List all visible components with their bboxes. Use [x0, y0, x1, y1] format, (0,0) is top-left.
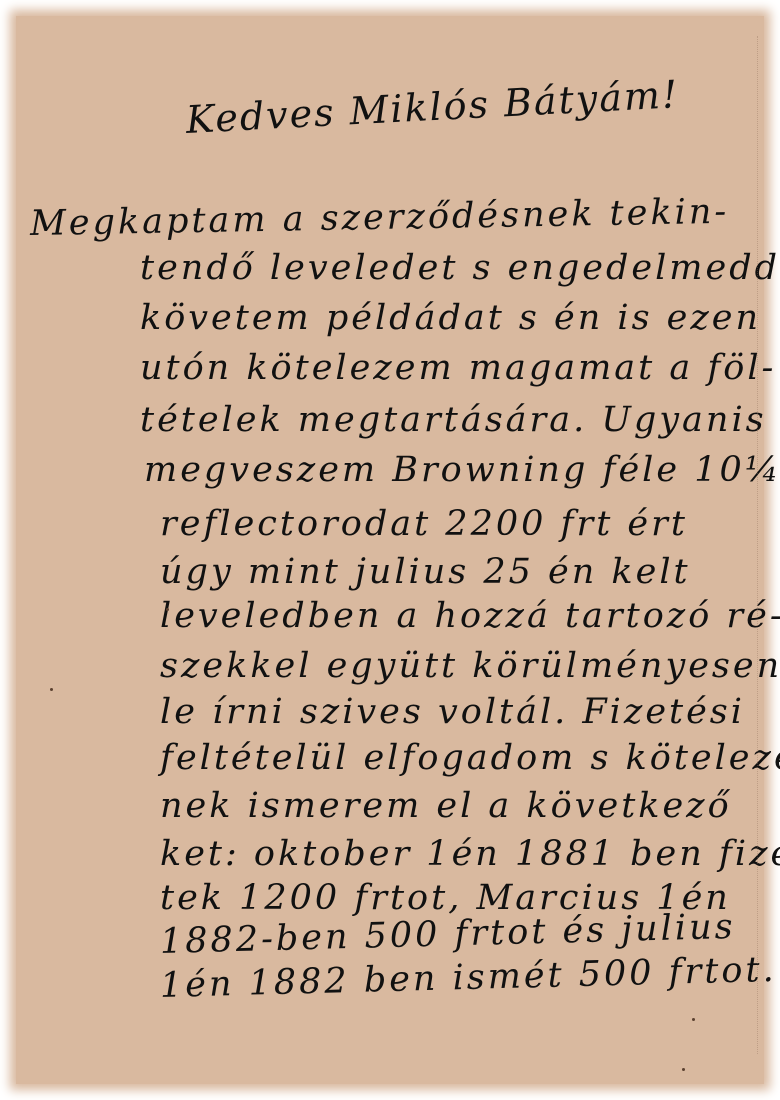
- letter-line: tételek megtartására. Ugyanis: [140, 400, 767, 440]
- paper-speck: [50, 688, 53, 691]
- letter-page: Kedves Miklós Bátyám! Megkaptam a szerző…: [16, 16, 764, 1084]
- paper-speck: [166, 608, 169, 611]
- letter-line: reflectorodat 2200 frt ért: [160, 504, 688, 544]
- letter-line: Megkaptam a szerződésnek tekin-: [30, 192, 730, 244]
- letter-line: tendő leveledet s engedelmeddel: [140, 248, 780, 288]
- letter-line: le írni szives voltál. Fizetési: [160, 692, 745, 732]
- letter-line: leveledben a hozzá tartozó ré-: [160, 596, 780, 636]
- letter-line: nek ismerem el a következő: [160, 786, 732, 826]
- letter-salutation: Kedves Miklós Bátyám!: [185, 72, 680, 142]
- letter-line: úgy mint julius 25 én kelt: [160, 552, 691, 592]
- paper-speck: [692, 1018, 695, 1021]
- letter-body: Kedves Miklós Bátyám! Megkaptam a szerző…: [16, 16, 764, 1084]
- letter-line: megveszem Browning féle 10¼": [144, 450, 780, 490]
- paper-speck: [682, 1068, 685, 1071]
- letter-line: feltételül elfogadom s köteleze-: [160, 738, 780, 778]
- letter-line: ket: oktober 1én 1881 ben fize-: [160, 834, 780, 874]
- letter-line: követem példádat s én is ezen: [140, 298, 761, 338]
- letter-line: utón kötelezem magamat a föl-: [140, 348, 776, 388]
- letter-line: szekkel együtt körülményesen: [160, 646, 780, 686]
